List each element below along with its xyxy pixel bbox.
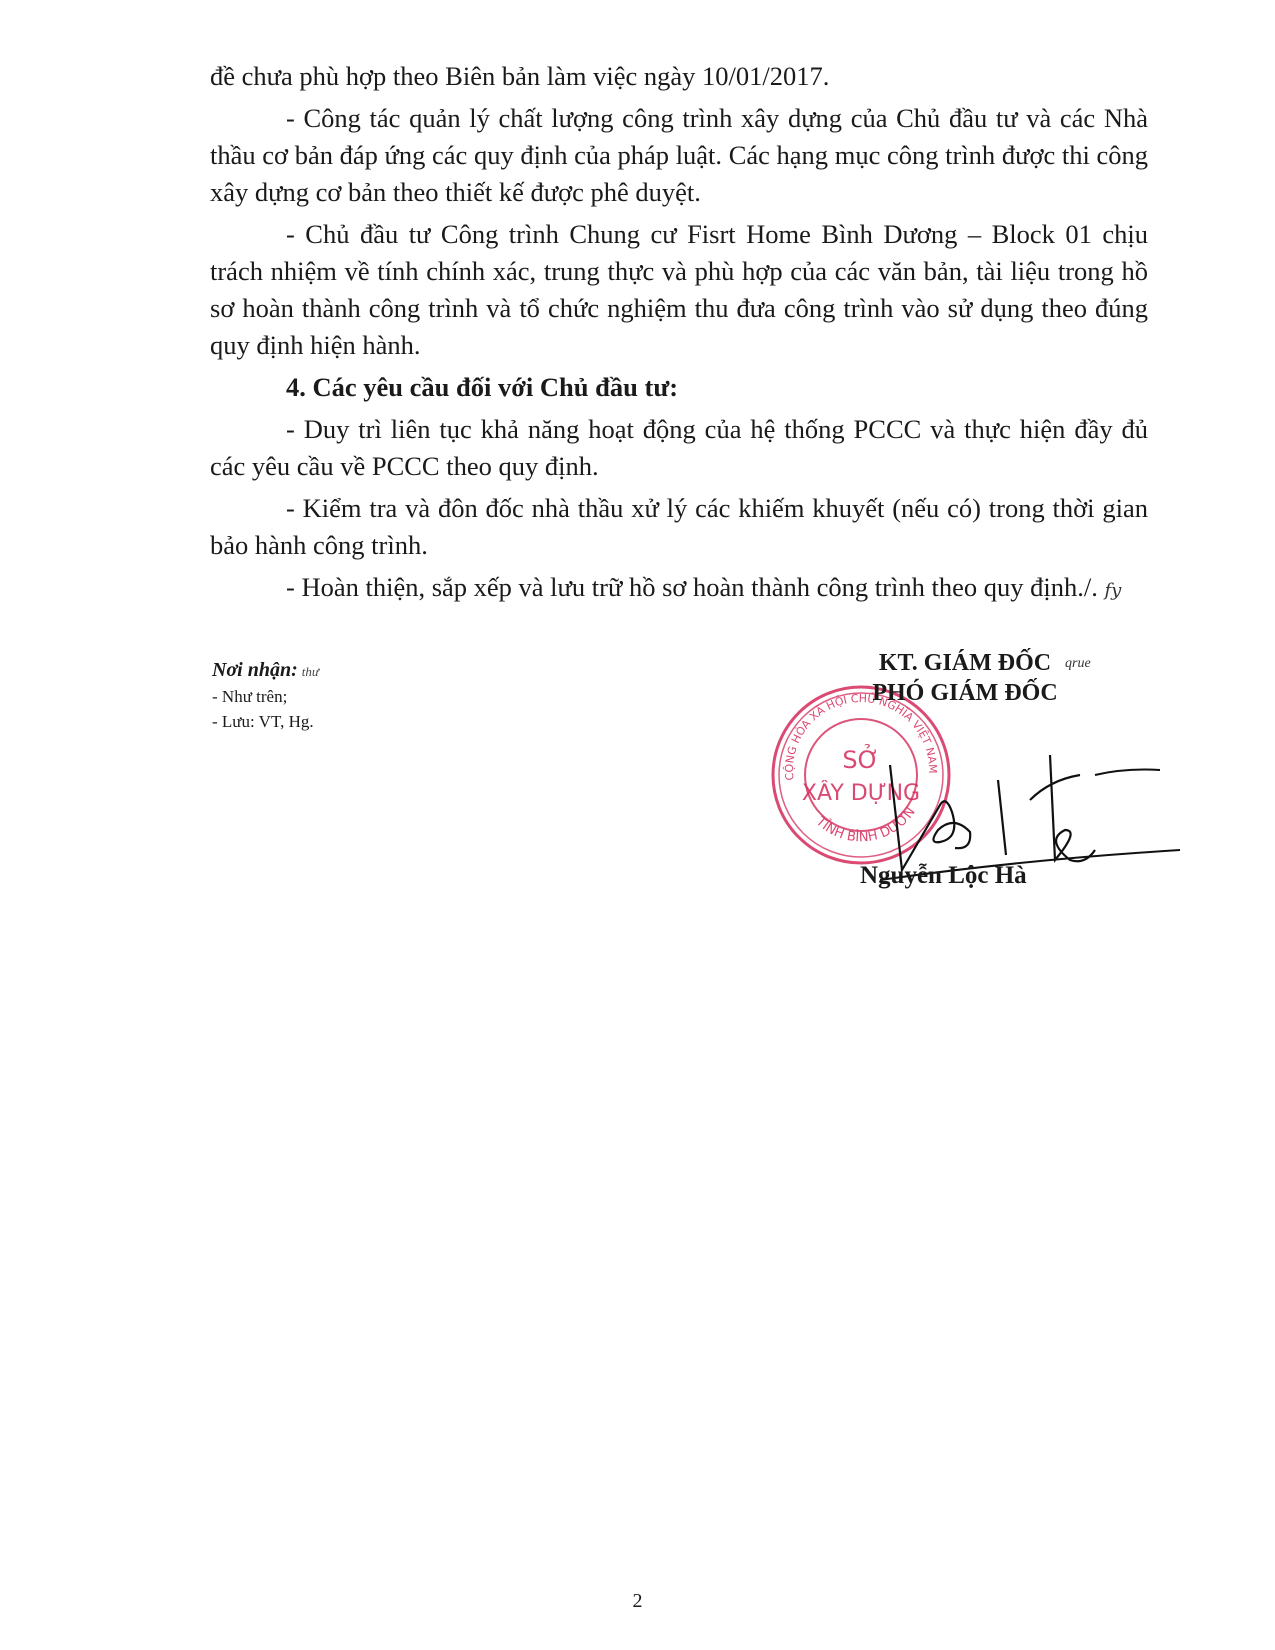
document-page: đề chưa phù hợp theo Biên bản làm việc n… [0,0,1275,1650]
stamp-center-top: SỞ [842,743,879,774]
page-number: 2 [0,1590,1275,1613]
recipient-item: - Như trên; [212,684,319,709]
handwritten-initial: fy [1104,580,1121,601]
paragraph-continuation: đề chưa phù hợp theo Biên bản làm việc n… [210,58,1148,95]
archive-text: - Hoàn thiện, sắp xếp và lưu trữ hồ sơ h… [286,572,1098,602]
paragraph-pccc: - Duy trì liên tục khả năng hoạt động củ… [210,411,1148,485]
signature-initial: qrue [1065,656,1091,672]
recipients-block: Nơi nhận:thư - Như trên; - Lưu: VT, Hg. [212,658,319,734]
signature-block: KT. GIÁM ĐỐC PHÓ GIÁM ĐỐC qrue [800,648,1130,708]
section-heading-requirements: 4. Các yêu cầu đối với Chủ đầu tư: [210,369,1148,406]
recipient-item: - Lưu: VT, Hg. [212,709,319,734]
signature-title-line2: PHÓ GIÁM ĐỐC [800,678,1130,708]
paragraph-investor-responsibility: - Chủ đầu tư Công trình Chung cư Fisrt H… [210,216,1148,364]
paragraph-quality-management: - Công tác quản lý chất lượng công trình… [210,100,1148,211]
recipients-initial: thư [302,664,319,679]
paragraph-archive: - Hoàn thiện, sắp xếp và lưu trữ hồ sơ h… [210,569,1148,609]
paragraph-inspection: - Kiểm tra và đôn đốc nhà thầu xử lý các… [210,490,1148,564]
signer-name: Nguyễn Lộc Hà [860,862,1027,890]
document-body: đề chưa phù hợp theo Biên bản làm việc n… [210,58,1148,614]
recipients-label: Nơi nhận: [212,659,298,681]
